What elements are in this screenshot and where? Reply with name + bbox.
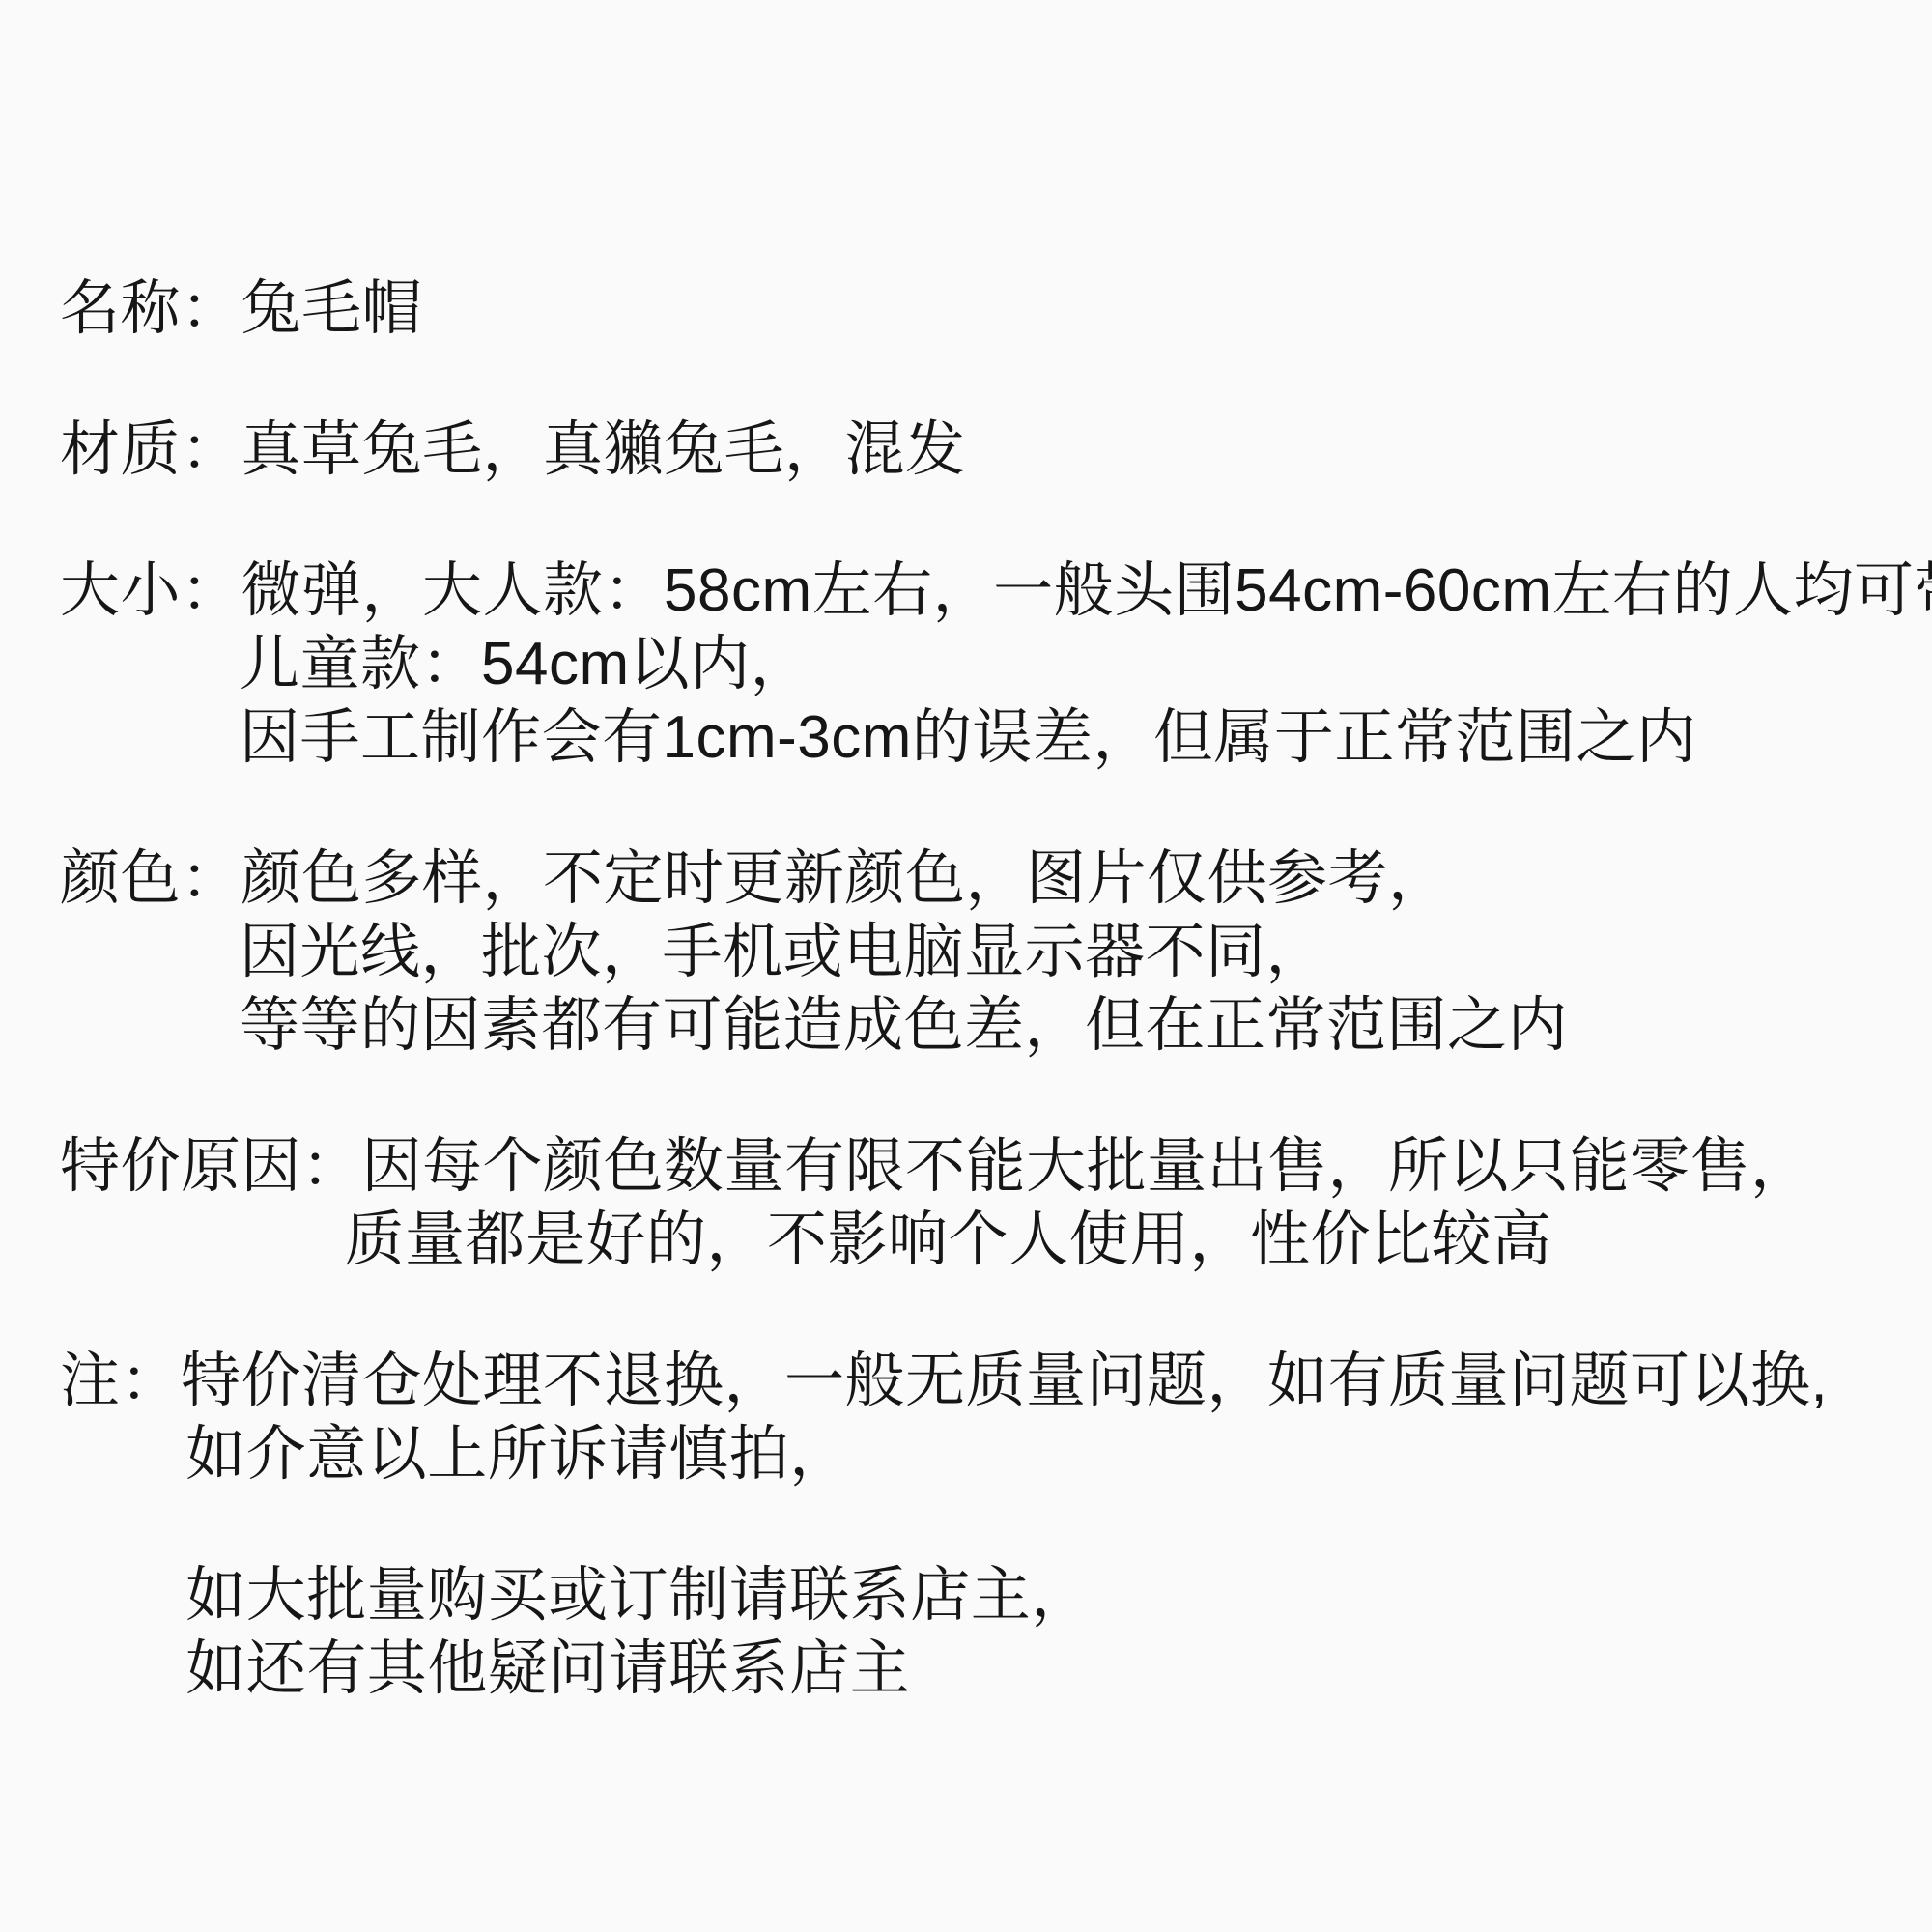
text-line: 颜色：颜色多样，不定时更新颜色，图片仅供参考，: [60, 842, 1895, 916]
text-block-product-name: 名称：兔毛帽: [60, 272, 1895, 346]
text-line: 材质：真草兔毛，真獺兔毛，混发: [60, 413, 1895, 487]
text-line: 儿童款：54cm以内，: [60, 628, 1895, 701]
product-notes-document: 名称：兔毛帽材质：真草兔毛，真獺兔毛，混发大小：微弹，大人款：58cm左右，一般…: [60, 272, 1895, 1774]
text-line: 注：特价清仓处理不退换，一般无质量问题，如有质量问题可以换,: [60, 1345, 1895, 1418]
text-line: 如介意以上所诉请慎拍，: [60, 1418, 1895, 1492]
text-block-notes: 注：特价清仓处理不退换，一般无质量问题，如有质量问题可以换,如介意以上所诉请慎拍…: [60, 1345, 1895, 1492]
text-line: 特价原因：因每个颜色数量有限不能大批量出售，所以只能零售，: [60, 1130, 1895, 1204]
text-line: 如大批量购买或订制请联系店主，: [60, 1559, 1895, 1633]
text-block-contact: 如大批量购买或订制请联系店主，如还有其他疑问请联系店主: [60, 1559, 1895, 1706]
text-line: 等等的因素都有可能造成色差，但在正常范围之内: [60, 989, 1895, 1063]
text-block-material: 材质：真草兔毛，真獺兔毛，混发: [60, 413, 1895, 487]
text-block-special-price-reason: 特价原因：因每个颜色数量有限不能大批量出售，所以只能零售，质量都是好的，不影响个…: [60, 1130, 1895, 1277]
text-block-color: 颜色：颜色多样，不定时更新颜色，图片仅供参考，因光线，批次，手机或电脑显示器不同…: [60, 842, 1895, 1063]
text-line: 大小：微弹，大人款：58cm左右，一般头围54cm-60cm左右的人均可带，: [60, 554, 1895, 628]
text-line: 名称：兔毛帽: [60, 272, 1895, 346]
text-line: 质量都是好的，不影响个人使用，性价比较高: [60, 1204, 1895, 1277]
text-block-size: 大小：微弹，大人款：58cm左右，一般头围54cm-60cm左右的人均可带，儿童…: [60, 554, 1895, 775]
text-line: 如还有其他疑问请联系店主: [60, 1633, 1895, 1706]
text-line: 因光线，批次，手机或电脑显示器不同，: [60, 916, 1895, 989]
text-line: 因手工制作会有1cm-3cm的误差，但属于正常范围之内: [60, 701, 1895, 775]
